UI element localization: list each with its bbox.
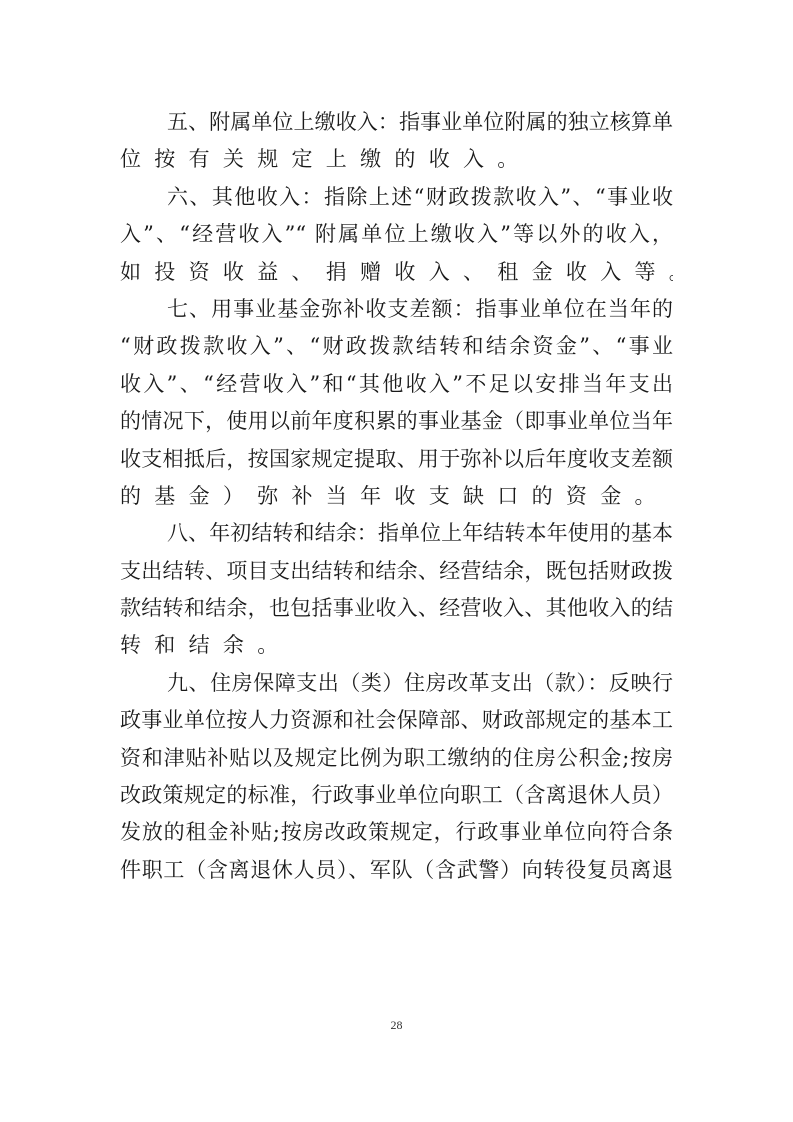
body-text: 五、附属单位上缴收入：指事业单位附属的独立核算单 位按有关规定上缴的收入。 六、… — [120, 104, 673, 889]
text-line: 的基金）弥补当年收支缺口的资金。 — [120, 478, 673, 515]
text-line: 五、附属单位上缴收入：指事业单位附属的独立核算单 — [120, 104, 673, 141]
text-line: 资和津贴补贴以及规定比例为职工缴纳的住房公积金;按房 — [120, 740, 673, 777]
paragraph-item-5: 五、附属单位上缴收入：指事业单位附属的独立核算单 位按有关规定上缴的收入。 — [120, 104, 673, 179]
text-line: 位按有关规定上缴的收入。 — [120, 141, 673, 178]
text-line: 七、用事业基金弥补收支差额：指事业单位在当年的 — [120, 291, 673, 328]
text-line: “财政拨款收入”、“财政拨款结转和结余资金”、“事业 — [120, 328, 673, 365]
paragraph-item-8: 八、年初结转和结余：指单位上年结转本年使用的基本 支出结转、项目支出结转和结余、… — [120, 515, 673, 665]
text-line: 件职工（含离退休人员）、军队（含武警）向转役复员离退 — [120, 852, 673, 889]
document-page: 五、附属单位上缴收入：指事业单位附属的独立核算单 位按有关规定上缴的收入。 六、… — [0, 0, 793, 1122]
text-line: 政事业单位按人力资源和社会保障部、财政部规定的基本工 — [120, 702, 673, 739]
text-line: 入”、“经营收入”“ 附属单位上缴收入”等以外的收入， — [120, 216, 673, 253]
text-line: 八、年初结转和结余：指单位上年结转本年使用的基本 — [120, 515, 673, 552]
text-line: 六、其他收入：指除上述“财政拨款收入”、“事业收 — [120, 179, 673, 216]
paragraph-item-7: 七、用事业基金弥补收支差额：指事业单位在当年的 “财政拨款收入”、“财政拨款结转… — [120, 291, 673, 515]
text-line: 款结转和结余，也包括事业收入、经营收入、其他收入的结 — [120, 590, 673, 627]
text-line: 改政策规定的标准，行政事业单位向职工（含离退休人员） — [120, 777, 673, 814]
text-line: 支出结转、项目支出结转和结余、经营结余，既包括财政拨 — [120, 553, 673, 590]
text-line: 收入”、“经营收入”和“其他收入”不足以安排当年支出 — [120, 366, 673, 403]
paragraph-item-6: 六、其他收入：指除上述“财政拨款收入”、“事业收 入”、“经营收入”“ 附属单位… — [120, 179, 673, 291]
text-line: 转和结余。 — [120, 627, 673, 664]
paragraph-item-9: 九、住房保障支出（类）住房改革支出（款）：反映行 政事业单位按人力资源和社会保障… — [120, 665, 673, 889]
text-line: 发放的租金补贴;按房改政策规定，行政事业单位向符合条 — [120, 814, 673, 851]
text-line: 如投资收益、捐赠收入、租金收入等。 — [120, 254, 673, 291]
text-line: 收支相抵后，按国家规定提取、用于弥补以后年度收支差额 — [120, 441, 673, 478]
text-line: 的情况下，使用以前年度积累的事业基金（即事业单位当年 — [120, 403, 673, 440]
page-number: 28 — [0, 1018, 793, 1033]
text-line: 九、住房保障支出（类）住房改革支出（款）：反映行 — [120, 665, 673, 702]
